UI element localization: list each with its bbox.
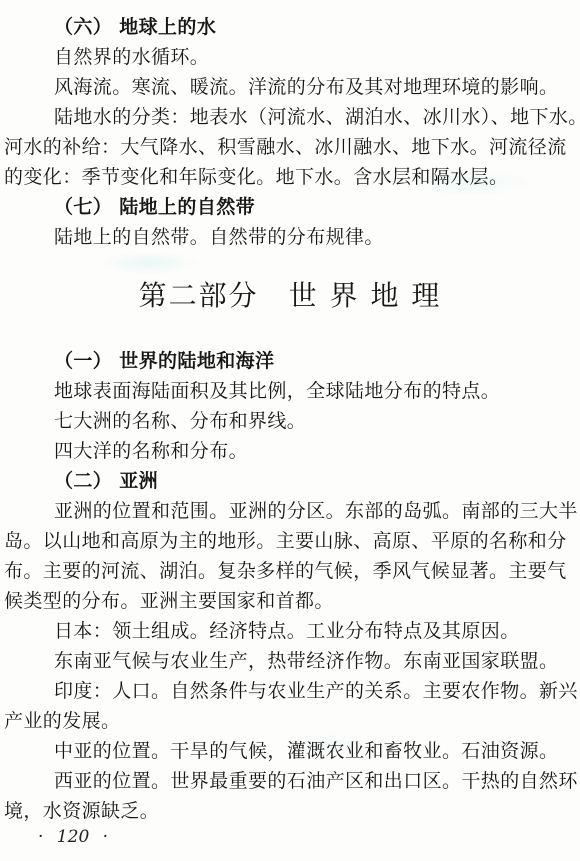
body-line: 亚洲的位置和范围。亚洲的分区。东部的岛弧。南部的三大半 xyxy=(4,496,576,526)
body-line: 西亚的位置。世界最重要的石油产区和出口区。干热的自然环 xyxy=(4,766,576,796)
document-page: （六） 地球上的水 自然界的水循环。 风海流。寒流、暖流。洋流的分布及其对地理环… xyxy=(0,0,580,861)
part-title: 第二部分 世 界 地 理 xyxy=(4,278,576,314)
body-line: 东南亚气候与农业生产，热带经济作物。东南亚国家联盟。 xyxy=(4,646,576,676)
body-line: 四大洋的名称和分布。 xyxy=(4,436,576,466)
body-line: 陆地水的分类：地表水（河流水、湖泊水、冰川水）、地下水。 xyxy=(4,102,576,132)
body-line: 河水的补给：大气降水、积雪融水、冰川融水、地下水。河流径流 xyxy=(4,132,576,162)
body-line: 境，水资源缺乏。 xyxy=(4,796,576,826)
body-line: 产业的发展。 xyxy=(4,706,576,736)
section-heading-2: （二） 亚洲 xyxy=(4,466,576,496)
body-line: 布。主要的河流、湖泊。复杂多样的气候，季风气候显著。主要气 xyxy=(4,556,576,586)
body-line: 候类型的分布。亚洲主要国家和首都。 xyxy=(4,586,576,616)
body-line: 陆地上的自然带。自然带的分布规律。 xyxy=(4,222,576,252)
body-line: 的变化：季节变化和年际变化。地下水。含水层和隔水层。 xyxy=(4,162,576,192)
body-line: 七大洲的名称、分布和界线。 xyxy=(4,406,576,436)
body-line: 日本：领土组成。经济特点。工业分布特点及其原因。 xyxy=(4,616,576,646)
body-line: 地球表面海陆面积及其比例，全球陆地分布的特点。 xyxy=(4,376,576,406)
section-heading-6: （六） 地球上的水 xyxy=(4,12,576,42)
body-line: 中亚的位置。干旱的气候，灌溉农业和畜牧业。石油资源。 xyxy=(4,736,576,766)
body-line: 岛。以山地和高原为主的地形。主要山脉、高原、平原的名称和分 xyxy=(4,526,576,556)
body-line: 自然界的水循环。 xyxy=(4,42,576,72)
section-heading-1: （一） 世界的陆地和海洋 xyxy=(4,346,576,376)
body-line: 印度：人口。自然条件与农业生产的关系。主要农作物。新兴 xyxy=(4,676,576,706)
section-heading-7: （七） 陆地上的自然带 xyxy=(4,192,576,222)
body-line: 风海流。寒流、暖流。洋流的分布及其对地理环境的影响。 xyxy=(4,72,576,102)
page-number: · 120 · xyxy=(4,826,576,848)
